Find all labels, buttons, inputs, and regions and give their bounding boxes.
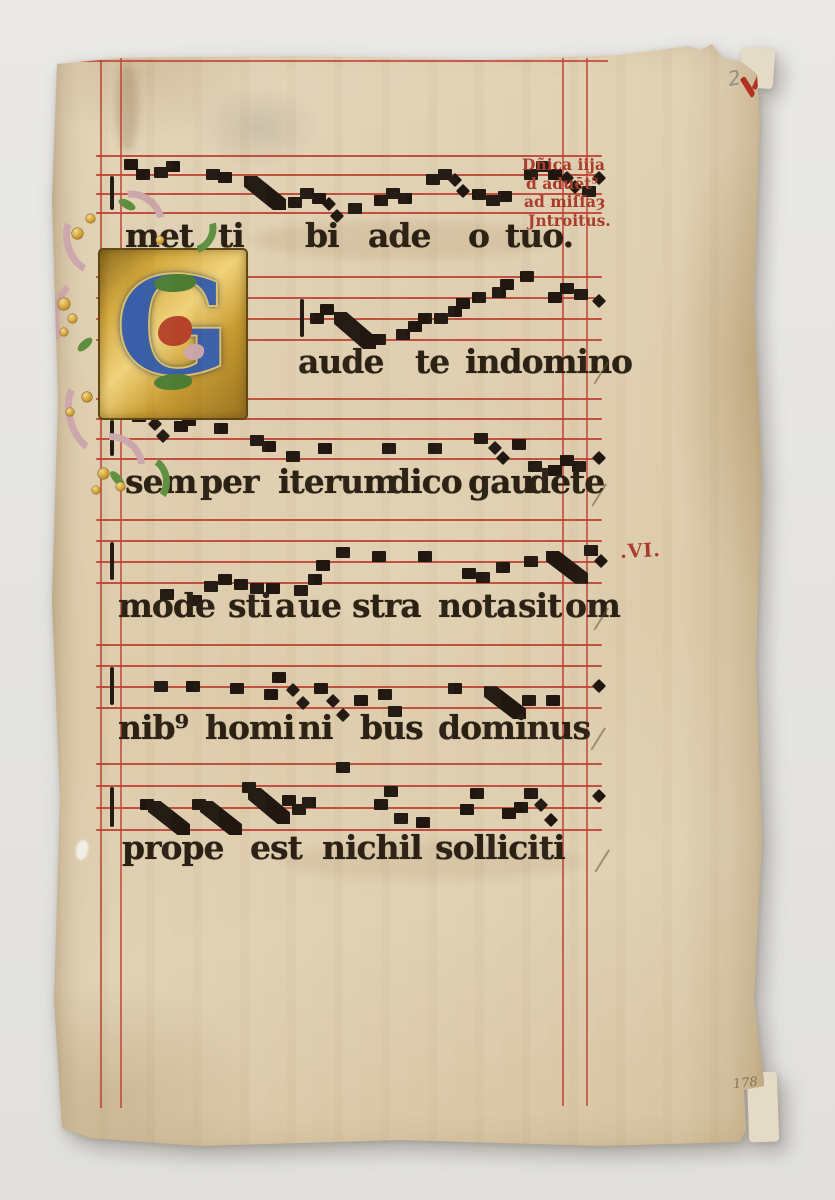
staff-line [96,540,602,542]
neume-square [186,681,200,692]
neume-oblique [248,788,290,824]
staff-line [96,458,602,460]
staff-line [96,644,602,646]
rubric-line: Jntroitus. [528,212,672,231]
rubric-line: ad miſſaȝ [524,193,672,212]
neume-square [378,689,392,700]
lyric-word: ni [298,708,333,747]
neume-diamond [592,679,606,693]
neume-diamond [592,789,606,803]
lyric-word: nichil [322,828,422,867]
neume-square [336,547,350,558]
neume-square [470,788,484,799]
neume-square [500,279,514,290]
lyric-word: per [200,462,258,501]
neume-square [336,762,350,773]
lyric-word: nib⁹ [118,708,188,747]
lyric-word: mode [118,586,215,625]
lyric-word: a [275,586,295,625]
neume-square [320,304,334,315]
staff-line [96,438,602,440]
illuminated-initial: G [98,248,248,420]
lyric-word: aude [298,342,383,381]
neume-square [476,572,490,583]
lyric-word: est [250,828,302,867]
neume-square [318,443,332,454]
neume-diamond [156,429,170,443]
staff-line [96,582,602,584]
neume-square [472,292,486,303]
staff [96,644,602,711]
neume-square [264,689,278,700]
lyric-word: gau [468,462,533,501]
rubric-line: Dñica iija [522,156,672,175]
neume-square [460,804,474,815]
lyric-word: ue [298,586,341,625]
lyric-word: om [565,586,620,625]
neume-square [288,197,302,208]
neume-square [418,313,432,324]
staff-start-tick [300,299,304,337]
neume-square [520,271,534,282]
neume-oblique [546,551,588,584]
neume-square [384,786,398,797]
staff-start-tick [110,787,114,827]
neume-square [354,695,368,706]
neume-square [214,423,228,434]
neume-square [398,193,412,204]
neume-square [308,574,322,585]
staff-line [96,785,602,787]
neume-diamond [534,798,548,812]
neume-square [272,672,286,683]
lyric-word: prope [122,828,224,867]
neume-square [546,695,560,706]
neume-square [382,443,396,454]
neume-square [416,817,430,828]
rubric-heading: Dñica iijad aduēt⁹ad miſſaȝJntroitus. [522,156,672,230]
lyric-word: sti [228,586,271,625]
staff [96,519,602,586]
neume-diamond [594,554,608,568]
lyric-word: dico [388,462,462,501]
neume-square [302,797,316,808]
rubric-line: d aduēt⁹ [526,175,672,194]
neume-square [418,551,432,562]
neume-square [166,161,180,172]
neume-square [472,189,486,200]
lyric-word: te [415,342,449,381]
neume-square [314,683,328,694]
neume-square [428,443,442,454]
lyric-word: o [468,216,489,255]
neume-square [434,313,448,324]
lyric-word: sit [518,586,561,625]
staff-line [96,686,602,688]
lyric-word: homi [205,708,294,747]
neume-diamond [544,813,558,827]
neume-square [522,695,536,706]
staff-start-tick [110,667,114,705]
neume-square [316,560,330,571]
neume-square [448,683,462,694]
neume-square [524,788,538,799]
leaf-wrapper: mettibiadeotuo.audeteindominosemperiteru… [0,0,835,1200]
neume-square [584,545,598,556]
neume-square [136,169,150,180]
parchment-leaf: mettibiadeotuo.audeteindominosemperiteru… [52,42,766,1148]
lyric-word: stra [352,586,421,625]
neume-square [230,683,244,694]
custos-hairline [590,727,605,750]
lyric-word: bus [360,708,423,747]
neume-square [286,451,300,462]
neume-square [456,298,470,309]
lyric-word: iterum [278,462,397,501]
neume-square [514,802,528,813]
neume-square [348,203,362,214]
lyric-word: ade [368,216,430,255]
staff-line [96,665,602,667]
neume-square [496,562,510,573]
neume-square [154,681,168,692]
neume-square [218,574,232,585]
neume-square [524,556,538,567]
neume-square [218,172,232,183]
neume-square [498,191,512,202]
lyric-word: solliciti [435,828,565,867]
gathering-numeral: .VI. [619,539,661,563]
staff-line [96,519,602,521]
neume-diamond [456,184,470,198]
neume-square [372,551,386,562]
neume-square [574,289,588,300]
top-ruling-line [62,60,608,62]
neume-square [462,568,476,579]
neume-diamond [326,694,340,708]
parchment-chip [74,839,90,861]
neume-square [560,283,574,294]
neume-square [374,799,388,810]
neume-square [512,439,526,450]
lyric-word: nota [438,586,517,625]
neume-square [262,441,276,452]
neume-square [394,813,408,824]
lyric-word: bi [305,216,339,255]
neume-diamond [336,708,350,722]
photograph-background: mettibiadeotuo.audeteindominosemperiteru… [0,0,835,1200]
lyric-word: de [528,462,570,501]
lyric-word: dominus [438,708,590,747]
staff-start-tick [110,542,114,580]
neume-square [474,433,488,444]
custos-hairline [594,849,609,872]
staff [96,763,602,833]
